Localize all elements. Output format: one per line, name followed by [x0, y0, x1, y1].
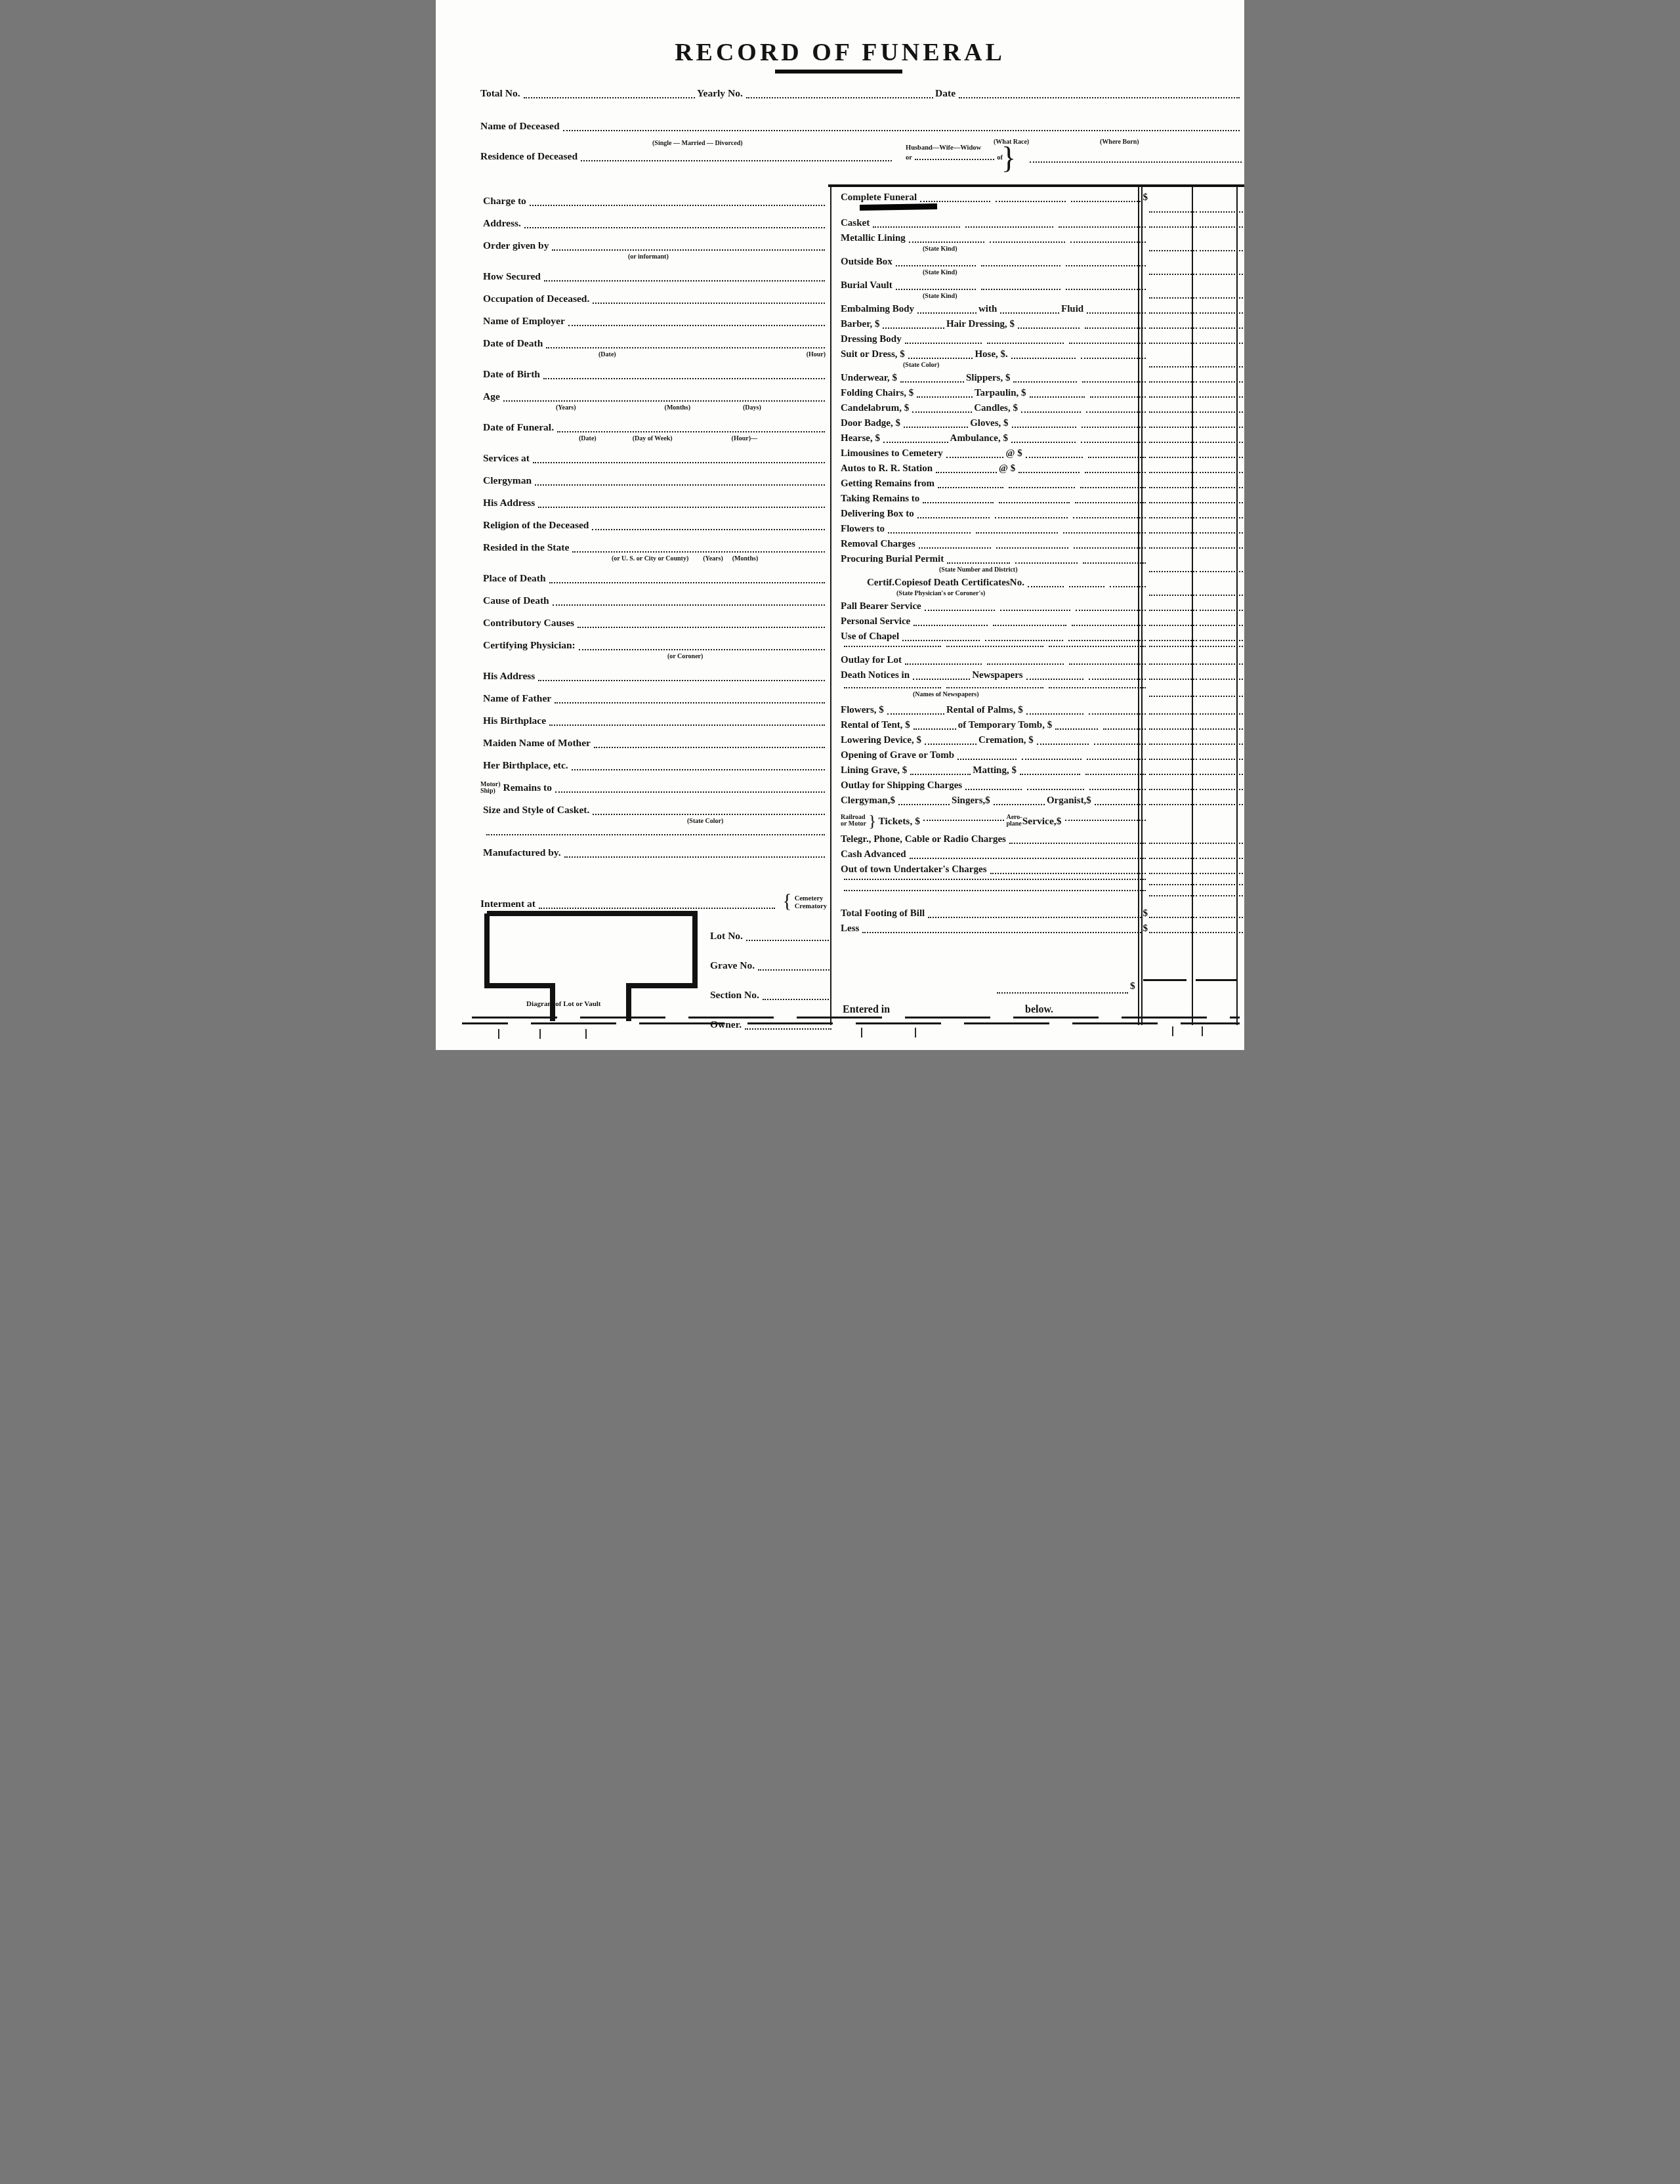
dotted-leader [905, 663, 982, 665]
dollars-cell [1148, 600, 1198, 616]
dotted-leader [1200, 696, 1243, 697]
cents-cell [1198, 217, 1244, 232]
field-label: Manufactured by. [483, 846, 561, 860]
dotted-leader [990, 873, 1146, 874]
dotted-leader [1149, 442, 1197, 443]
charge-label: Personal Service [841, 616, 910, 628]
field-label: Name of Employer [483, 314, 565, 328]
dotted-leader [1080, 487, 1146, 488]
dotted-leader [1088, 457, 1146, 458]
dotted-leader [1200, 804, 1243, 805]
charge-label-mid: Gloves, $ [970, 417, 1008, 430]
dotted-leader [1149, 713, 1197, 715]
dollars-cell [1148, 734, 1198, 749]
funeral-record-scan: RECORD OF FUNERAL Total No. Yearly No. D… [436, 0, 1244, 1050]
charge-row: Candelabrum, $ Candles, $ [831, 402, 1244, 417]
charge-row: Taking Remains to [831, 493, 1244, 508]
field-sub-label: (Years) [703, 555, 723, 563]
field-label: Date of Death [483, 337, 543, 350]
dollars-cell [1148, 795, 1198, 810]
dotted-leader [1149, 744, 1197, 745]
field-label: Grave No. [710, 959, 755, 973]
cents-cell [1198, 833, 1244, 849]
dotted-leader [946, 457, 1004, 458]
dotted-leader [999, 502, 1070, 503]
dotted-leader [530, 205, 825, 206]
charge-label: Outlay for Lot [841, 654, 902, 667]
dotted-leader [758, 969, 831, 971]
dotted-leader [981, 289, 1061, 290]
dollars-cell [1148, 372, 1198, 387]
dotted-leader [1049, 646, 1146, 647]
cents-cell [1198, 600, 1244, 616]
dotted-leader [1200, 713, 1243, 715]
field-label: Services at [483, 451, 530, 465]
field-sub-label: (Hour)— [732, 434, 757, 443]
dollars-cell [1148, 631, 1198, 646]
dotted-leader [594, 747, 825, 748]
plot-field-row: Lot No. [710, 913, 833, 943]
cents-cell [1198, 687, 1244, 702]
charge-row: (Names of Newspapers) [831, 687, 1244, 702]
dotted-leader [1200, 442, 1243, 443]
form-field-row: Date of Death (Date) (Hour) [480, 337, 827, 359]
cents-cell [1198, 348, 1244, 372]
cents-cell [1198, 256, 1244, 280]
dotted-leader [533, 462, 825, 463]
dotted-leader [883, 442, 948, 443]
charge-label: Casket [841, 217, 870, 230]
dollars-cell [1148, 232, 1198, 256]
dotted-leader [555, 702, 825, 703]
charges-column: Complete Funeral $ [831, 192, 1244, 938]
charge-row: Lining Grave, $ Matting, $ [831, 765, 1244, 780]
dotted-leader [1149, 728, 1197, 730]
dollars-cell [1148, 538, 1198, 553]
dollars-cell [1148, 864, 1198, 879]
bottom-tick [1202, 1026, 1203, 1036]
marital-or: or [906, 154, 912, 161]
title-underline [775, 70, 902, 73]
header-number-row: Total No. Yearly No. Date [480, 87, 1242, 100]
dotted-leader [746, 940, 831, 941]
form-field-row: Her Birthplace, etc. [480, 759, 827, 772]
dotted-leader [1200, 297, 1243, 299]
dotted-leader [994, 804, 1045, 805]
dotted-leader [1089, 789, 1146, 790]
cents-cell [1198, 192, 1244, 217]
charge-label: Total Footing of Bill [841, 908, 925, 920]
dotted-leader [1149, 274, 1197, 275]
dotted-leader [1026, 457, 1083, 458]
field-label: Religion of the Deceased [483, 518, 589, 532]
dotted-leader [1200, 640, 1243, 641]
dollars-cell [1148, 780, 1198, 795]
dotted-leader [1026, 713, 1083, 715]
dotted-leader [909, 241, 984, 243]
cemetery-options: Cemetery Crematory [795, 895, 827, 911]
field-label: Age [483, 390, 500, 404]
charge-row: Use of Chapel [831, 631, 1244, 646]
dotted-leader [1018, 472, 1080, 473]
charge-label-mid: @ $ [1005, 448, 1022, 460]
dotted-leader [1030, 150, 1242, 163]
dotted-leader [1200, 396, 1243, 398]
dotted-leader [1149, 366, 1197, 367]
dotted-leader [1149, 595, 1197, 596]
dotted-leader [1089, 679, 1146, 680]
charge-row: Out of town Undertaker's Charges [831, 864, 1244, 879]
dollars-cell [1148, 402, 1198, 417]
dotted-leader [486, 834, 825, 835]
dotted-leader [1149, 663, 1197, 665]
charge-sub-label: (State Physician's or Coroner's) [896, 589, 1148, 598]
dotted-leader [1110, 586, 1146, 587]
dotted-leader [1149, 502, 1197, 503]
form-field-row: Place of Death [480, 572, 827, 585]
cents-cell [1198, 780, 1244, 795]
dotted-leader [976, 532, 1059, 534]
charge-row: Embalming Body with Fluid [831, 303, 1244, 318]
bracket-label: Motor)Ship) [480, 782, 501, 795]
dotted-leader [844, 687, 941, 688]
dollars-cell [1148, 463, 1198, 478]
dotted-leader [1009, 843, 1146, 844]
cents-cell [1198, 810, 1244, 833]
plot-field-row: Grave No. [710, 943, 833, 973]
bottom-tick [1172, 1026, 1173, 1036]
entered-below-label: below. [1025, 1004, 1053, 1016]
dotted-leader [557, 431, 825, 432]
charge-sub-label: (State Color) [903, 361, 1148, 369]
charge-label: Rental of Tent, $ [841, 719, 910, 732]
charge-row: Removal Charges [831, 538, 1244, 553]
bottom-tick [861, 1028, 862, 1038]
dotted-leader [524, 97, 696, 98]
dotted-leader [1200, 411, 1243, 413]
cents-cell [1198, 719, 1244, 734]
dotted-leader [1200, 427, 1243, 428]
charge-label-mid: Rental of Palms, $ [946, 704, 1023, 717]
marital-brace: } [1001, 140, 1016, 175]
cents-cell [1198, 765, 1244, 780]
dotted-leader [572, 769, 825, 770]
field-label: Contributory Causes [483, 616, 574, 630]
dotted-leader [990, 241, 1065, 243]
dotted-leader [900, 381, 964, 383]
dollars-cell [1148, 669, 1198, 684]
dotted-leader [593, 303, 825, 304]
field-label: Resided in the State [483, 541, 569, 555]
charge-sub-label: (State Kind) [923, 292, 1148, 301]
marital-options: Husband—Wife—Widow [906, 144, 1003, 152]
charge-label: Outside Box [841, 256, 892, 268]
left-field-column: Charge to Address. [480, 194, 827, 868]
dollar-sign: $ [1130, 979, 1135, 993]
dotted-leader [1200, 366, 1243, 367]
dotted-leader [1059, 226, 1146, 228]
charge-label: Suit or Dress, $ [841, 348, 905, 361]
field-label: Lot No. [710, 929, 743, 943]
dotted-leader [549, 582, 825, 583]
charge-label: Delivering Box to [841, 508, 914, 520]
charge-row [831, 646, 1244, 652]
dotted-leader [917, 312, 976, 314]
form-field-row: Name of Father [480, 692, 827, 705]
cents-cell [1198, 923, 1244, 938]
dotted-leader [1200, 502, 1243, 503]
page-title: RECORD OF FUNERAL [436, 38, 1244, 67]
dotted-leader [581, 160, 892, 161]
dotted-leader [577, 627, 825, 628]
dotted-leader [997, 980, 1128, 994]
dotted-leader [535, 484, 825, 486]
cents-cell [1198, 646, 1244, 652]
dotted-leader [1000, 312, 1059, 314]
form-field-row: Cause of Death [480, 594, 827, 608]
charge-row: Complete Funeral $ [831, 192, 1244, 217]
charge-label: Less [841, 923, 859, 935]
dotted-leader [1011, 358, 1076, 359]
field-label: Remains to [503, 781, 552, 795]
dotted-leader [1149, 517, 1197, 518]
form-field-row: His Birthplace [480, 714, 827, 728]
charges-rows-bottom: Telegr., Phone, Cable or Radio Charges C… [831, 833, 1244, 938]
charge-sub-label: (State Number and District) [939, 566, 1148, 574]
dotted-leader [1149, 532, 1197, 534]
dollars-cell [1148, 646, 1198, 652]
field-label: Cause of Death [483, 594, 549, 608]
dotted-leader [1149, 457, 1197, 458]
dotted-leader [996, 547, 1068, 549]
dotted-leader [1149, 396, 1197, 398]
charge-label: Use of Chapel [841, 631, 899, 643]
bottom-tick [498, 1029, 499, 1039]
charge-row: Procuring Burial Permit (State Number an… [831, 553, 1244, 577]
charge-row: Hearse, $ Ambulance, $ [831, 432, 1244, 448]
dotted-leader [1200, 312, 1243, 314]
dotted-leader [917, 396, 973, 398]
charge-row: Flowers, $ Rental of Palms, $ [831, 704, 1244, 719]
dotted-leader [896, 265, 976, 266]
dollars-cell [1148, 765, 1198, 780]
entered-in-label: Entered in [843, 1004, 890, 1016]
form-field-row: Resided in the State (or U. S. or City o… [480, 541, 827, 563]
cents-cell [1198, 553, 1244, 577]
dotted-leader [1200, 932, 1243, 933]
dotted-leader [1082, 381, 1146, 383]
total-rule [1143, 979, 1186, 981]
field-sub-label: (Years) [556, 404, 576, 412]
dotted-leader [1149, 297, 1197, 299]
dotted-leader [1020, 774, 1080, 775]
dotted-leader [1200, 663, 1243, 665]
charge-row: Underwear, $ Slippers, $ [831, 372, 1244, 387]
charge-row: Outlay for Shipping Charges [831, 780, 1244, 795]
dollars-cell [1148, 719, 1198, 734]
field-label: Date of Birth [483, 367, 540, 381]
charge-row [831, 890, 1244, 901]
dotted-leader [1081, 427, 1146, 428]
dotted-leader [1149, 211, 1197, 213]
dotted-leader [923, 502, 994, 503]
dotted-leader [1066, 265, 1146, 266]
dotted-leader [1149, 696, 1197, 697]
dotted-leader [593, 814, 825, 815]
field-sub-label: (State Color) [687, 817, 723, 826]
charge-row: Personal Service [831, 616, 1244, 631]
form-field-row: Name of Employer [480, 314, 827, 328]
dollars-cell [1148, 448, 1198, 463]
cents-cell [1198, 577, 1244, 600]
dotted-leader [1149, 932, 1197, 933]
dollars-cell [1148, 432, 1198, 448]
dotted-leader [946, 646, 1043, 647]
dotted-leader [1149, 487, 1197, 488]
charge-row: Opening of Grave or Tomb [831, 749, 1244, 765]
charge-label: Hearse, $ [841, 432, 880, 445]
dotted-leader [1076, 610, 1146, 611]
field-label: Date of Funeral. [483, 421, 554, 434]
dotted-leader [1149, 895, 1197, 896]
charge-row: Outlay for Lot [831, 654, 1244, 669]
charge-row: Flowers to [831, 523, 1244, 538]
dotted-leader [1074, 547, 1146, 549]
total-rule [1196, 979, 1236, 981]
dotted-leader [1149, 789, 1197, 790]
charge-label-mid: Matting, $ [973, 765, 1017, 777]
dotted-leader [1149, 640, 1197, 641]
charge-row: Rental of Tent, $ of Temporary Tomb, $ [831, 719, 1244, 734]
charge-row: Pall Bearer Service [831, 600, 1244, 616]
dotted-leader [913, 625, 988, 626]
dotted-leader [957, 759, 1017, 760]
charge-row: Outside Box (State Kind) [831, 256, 1244, 280]
dotted-leader [1030, 396, 1085, 398]
dollars-cell [1148, 478, 1198, 493]
dotted-leader [1149, 610, 1197, 611]
dotted-leader [1081, 442, 1146, 443]
service-label: Service,$ [1022, 814, 1062, 828]
dotted-leader [1073, 517, 1146, 518]
charge-label: Taking Remains to [841, 493, 919, 505]
dotted-leader [1026, 679, 1083, 680]
form-field-row: Contributory Causes [480, 616, 827, 630]
dotted-leader [913, 728, 956, 730]
dotted-leader [1063, 532, 1146, 534]
dotted-leader [1103, 728, 1146, 730]
dotted-leader [555, 791, 825, 793]
dotted-leader [915, 159, 994, 160]
charge-label: Candelabrum, $ [841, 402, 909, 415]
dotted-leader [538, 507, 825, 508]
dollars-cell [1148, 577, 1198, 600]
charge-row: Limousines to Cemetery @ $ [831, 448, 1244, 463]
dollars-cell [1148, 387, 1198, 402]
charge-label-end: Organist,$ [1047, 795, 1091, 807]
cents-cell [1198, 795, 1244, 810]
dotted-leader [1070, 241, 1146, 243]
charge-label-mid: Candles, $ [974, 402, 1018, 415]
cents-cell [1198, 333, 1244, 348]
dotted-leader [1072, 625, 1146, 626]
charge-label-mid: Singers,$ [952, 795, 990, 807]
charge-label: Burial Vault [841, 280, 892, 292]
cents-cell [1198, 864, 1244, 879]
field-label: Name of Father [483, 692, 551, 705]
form-field-row: Occupation of Deceased. [480, 292, 827, 306]
charge-label-mid: @ $ [999, 463, 1015, 475]
charge-row: Autos to R. R. Station @ $ [831, 463, 1244, 478]
dotted-leader [549, 724, 825, 726]
cents-cell [1198, 849, 1244, 864]
dollars-cell [1148, 280, 1198, 303]
plot-fields: Lot No. Grave No. Section No. Owner. [710, 913, 833, 1032]
cents-cell [1198, 493, 1244, 508]
charge-label: Out of town Undertaker's Charges [841, 864, 987, 876]
dotted-leader [1013, 381, 1077, 383]
dotted-leader [592, 529, 825, 530]
name-label: Name of Deceased [480, 119, 560, 133]
dotted-leader [904, 427, 968, 428]
charge-label: Barber, $ [841, 318, 879, 331]
crematory-option: Crematory [795, 903, 827, 911]
dotted-leader [1200, 343, 1243, 344]
field-sub-label: (Date) [598, 350, 616, 359]
dotted-leader [883, 327, 944, 329]
dotted-leader [1087, 312, 1146, 314]
charge-label: Death Notices in [841, 669, 910, 682]
field-label: Her Birthplace, etc. [483, 759, 568, 772]
form-field-row: His Address [480, 669, 827, 683]
dotted-leader [745, 1028, 831, 1030]
cents-cell [1198, 890, 1244, 901]
dollars-cell [1148, 217, 1198, 232]
bottom-tick [539, 1029, 541, 1039]
charge-row: Suit or Dress, $ Hose, $. (State Color) [831, 348, 1244, 372]
dotted-leader [912, 411, 972, 413]
cents-cell [1198, 463, 1244, 478]
bottom-tick [915, 1028, 916, 1038]
field-sub-label: (or Coroner) [667, 652, 703, 661]
dotted-leader [1200, 487, 1243, 488]
charge-label: Opening of Grave or Tomb [841, 749, 954, 762]
dotted-leader [1089, 713, 1146, 715]
form-field-row: Size and Style of Casket. (State Color) [480, 803, 827, 826]
dotted-leader [1200, 381, 1243, 383]
railroad-bracket-label: Railroador Motor [841, 814, 866, 828]
dotted-leader [910, 858, 1146, 859]
dollars-cell [1148, 417, 1198, 432]
cents-cell [1198, 749, 1244, 765]
dotted-leader [1000, 610, 1070, 611]
dotted-leader [1149, 679, 1197, 680]
charges-rows-top: Complete Funeral $ [831, 192, 1244, 810]
dollars-cell [1148, 923, 1198, 938]
cents-cell [1198, 478, 1244, 493]
charge-sub-label: (State Kind) [923, 268, 1148, 277]
plot-field-row: Section No. [710, 973, 833, 1002]
dotted-leader [1200, 226, 1243, 228]
charge-row: Getting Remains from [831, 478, 1244, 493]
dotted-leader [1149, 759, 1197, 760]
dotted-leader [546, 347, 825, 348]
cents-cell [1198, 232, 1244, 256]
dollars-cell [1148, 890, 1198, 901]
dotted-leader [1037, 744, 1089, 745]
dollar-sign: $ [1143, 908, 1148, 920]
field-label: Section No. [710, 988, 759, 1002]
